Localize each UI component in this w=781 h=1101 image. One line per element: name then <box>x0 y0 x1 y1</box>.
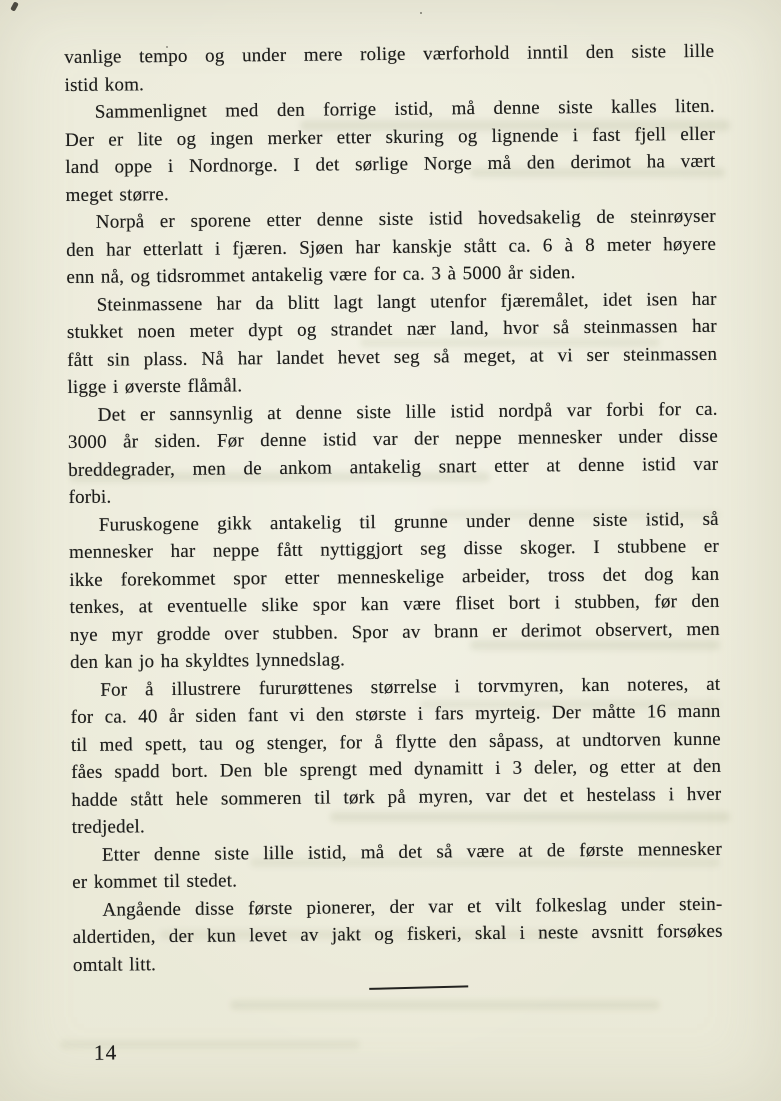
book-page: vanlige tempo og under mere rolige værfo… <box>0 0 781 1101</box>
paragraph: Norpå er sporene etter denne siste istid… <box>66 203 717 292</box>
paragraph: Angående disse første pionerer, der var … <box>72 890 723 979</box>
paragraph: Sammenlignet med den forrige istid, må d… <box>65 93 716 209</box>
paper-speck <box>10 1 19 11</box>
paragraph: Furuskogene gikk antakelig til grunne un… <box>69 505 721 676</box>
paragraph: For å illustrere fururøttenes størrelse … <box>70 670 722 841</box>
paragraph: vanlige tempo og under mere rolige værfo… <box>64 38 714 99</box>
paragraph: Etter denne siste lille istid, må det så… <box>72 835 722 896</box>
section-divider <box>369 985 468 990</box>
paragraph: Steinmassene har da blitt lagt langt ute… <box>67 285 718 401</box>
page-content: vanlige tempo og under mere rolige værfo… <box>64 38 724 1066</box>
paper-speck <box>420 12 422 14</box>
page-number: 14 <box>94 1035 724 1066</box>
paragraph: Det er sannsynlig at denne siste lille i… <box>68 395 719 511</box>
page-text: vanlige tempo og under mere rolige værfo… <box>64 38 723 979</box>
